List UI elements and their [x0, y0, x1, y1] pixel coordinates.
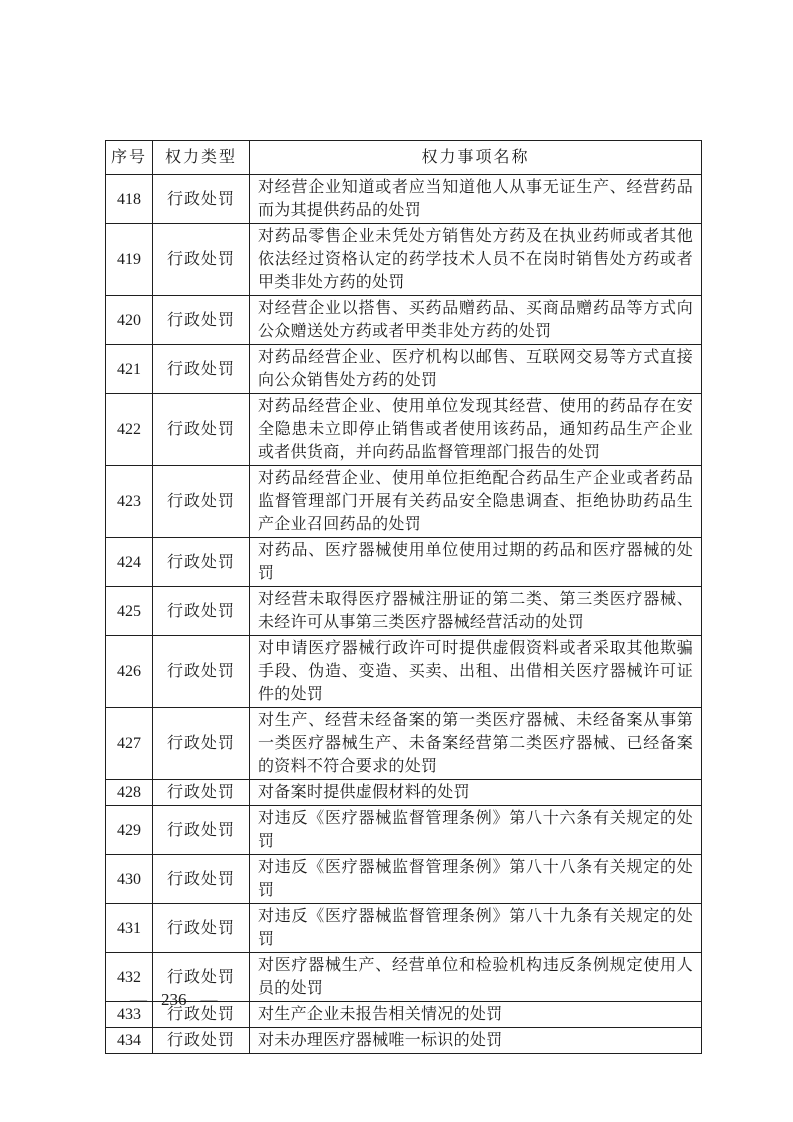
power-type-cell: 行政处罚 [153, 636, 250, 708]
power-items-table: 序号 权力类型 权力事项名称 418 行政处罚 对经营企业知道或者应当知道他人从… [105, 140, 702, 1054]
power-type-cell: 行政处罚 [153, 466, 250, 538]
power-item-name-cell: 对违反《医疗器械监督管理条例》第八十六条有关规定的处罚 [250, 806, 702, 855]
column-header-power-item-name: 权力事项名称 [250, 141, 702, 175]
serial-number-cell: 426 [106, 636, 153, 708]
power-item-name-cell: 对药品经营企业、使用单位发现其经营、使用的药品存在安全隐患未立即停止销售或者使用… [250, 394, 702, 466]
power-item-name-cell: 对经营企业知道或者应当知道他人从事无证生产、经营药品而为其提供药品的处罚 [250, 175, 702, 224]
table-row: 428 行政处罚 对备案时提供虚假材料的处罚 [106, 780, 702, 806]
column-header-power-type: 权力类型 [153, 141, 250, 175]
power-item-name-cell: 对药品、医疗器械使用单位使用过期的药品和医疗器械的处罚 [250, 538, 702, 587]
power-item-name-cell: 对备案时提供虚假材料的处罚 [250, 780, 702, 806]
power-type-cell: 行政处罚 [153, 224, 250, 296]
table-row: 430 行政处罚 对违反《医疗器械监督管理条例》第八十八条有关规定的处罚 [106, 855, 702, 904]
serial-number-cell: 424 [106, 538, 153, 587]
table-header-row: 序号 权力类型 权力事项名称 [106, 141, 702, 175]
table-row: 418 行政处罚 对经营企业知道或者应当知道他人从事无证生产、经营药品而为其提供… [106, 175, 702, 224]
serial-number-cell: 429 [106, 806, 153, 855]
table-row: 429 行政处罚 对违反《医疗器械监督管理条例》第八十六条有关规定的处罚 [106, 806, 702, 855]
serial-number-cell: 425 [106, 587, 153, 636]
table-row: 420 行政处罚 对经营企业以搭售、买药品赠药品、买商品赠药品等方式向公众赠送处… [106, 296, 702, 345]
power-item-name-cell: 对生产、经营未经备案的第一类医疗器械、未经备案从事第一类医疗器械生产、未备案经营… [250, 708, 702, 780]
serial-number-cell: 421 [106, 345, 153, 394]
table-row: 425 行政处罚 对经营未取得医疗器械注册证的第二类、第三类医疗器械、未经许可从… [106, 587, 702, 636]
power-type-cell: 行政处罚 [153, 296, 250, 345]
table-row: 431 行政处罚 对违反《医疗器械监督管理条例》第八十九条有关规定的处罚 [106, 904, 702, 953]
power-type-cell: 行政处罚 [153, 708, 250, 780]
table-row: 422 行政处罚 对药品经营企业、使用单位发现其经营、使用的药品存在安全隐患未立… [106, 394, 702, 466]
serial-number-cell: 418 [106, 175, 153, 224]
page-number-left-dash: — [128, 990, 149, 1010]
power-type-cell: 行政处罚 [153, 806, 250, 855]
power-type-cell: 行政处罚 [153, 175, 250, 224]
power-item-name-cell: 对医疗器械生产、经营单位和检验机构违反条例规定使用人员的处罚 [250, 953, 702, 1002]
serial-number-cell: 430 [106, 855, 153, 904]
serial-number-cell: 422 [106, 394, 153, 466]
power-type-cell: 行政处罚 [153, 587, 250, 636]
serial-number-cell: 420 [106, 296, 153, 345]
power-type-cell: 行政处罚 [153, 394, 250, 466]
power-type-cell: 行政处罚 [153, 904, 250, 953]
serial-number-cell: 423 [106, 466, 153, 538]
column-header-serial-number: 序号 [106, 141, 153, 175]
serial-number-cell: 434 [106, 1028, 153, 1054]
power-type-cell: 行政处罚 [153, 538, 250, 587]
page-number-right-dash: — [199, 990, 220, 1010]
power-item-name-cell: 对药品零售企业未凭处方销售处方药及在执业药师或者其他依法经过资格认定的药学技术人… [250, 224, 702, 296]
table-row: 427 行政处罚 对生产、经营未经备案的第一类医疗器械、未经备案从事第一类医疗器… [106, 708, 702, 780]
power-item-name-cell: 对药品经营企业、使用单位拒绝配合药品生产企业或者药品监督管理部门开展有关药品安全… [250, 466, 702, 538]
power-item-name-cell: 对生产企业未报告相关情况的处罚 [250, 1002, 702, 1028]
serial-number-cell: 419 [106, 224, 153, 296]
power-item-name-cell: 对未办理医疗器械唯一标识的处罚 [250, 1028, 702, 1054]
power-item-name-cell: 对违反《医疗器械监督管理条例》第八十九条有关规定的处罚 [250, 904, 702, 953]
page-number-value: 236 [149, 990, 199, 1010]
power-item-name-cell: 对申请医疗器械行政许可时提供虚假资料或者采取其他欺骗手段、伪造、变造、买卖、出租… [250, 636, 702, 708]
power-type-cell: 行政处罚 [153, 1028, 250, 1054]
document-page: 序号 权力类型 权力事项名称 418 行政处罚 对经营企业知道或者应当知道他人从… [0, 0, 793, 1122]
serial-number-cell: 427 [106, 708, 153, 780]
power-type-cell: 行政处罚 [153, 780, 250, 806]
table-row: 423 行政处罚 对药品经营企业、使用单位拒绝配合药品生产企业或者药品监督管理部… [106, 466, 702, 538]
table-row: 424 行政处罚 对药品、医疗器械使用单位使用过期的药品和医疗器械的处罚 [106, 538, 702, 587]
power-item-name-cell: 对经营企业以搭售、买药品赠药品、买商品赠药品等方式向公众赠送处方药或者甲类非处方… [250, 296, 702, 345]
power-item-name-cell: 对经营未取得医疗器械注册证的第二类、第三类医疗器械、未经许可从事第三类医疗器械经… [250, 587, 702, 636]
table-row: 426 行政处罚 对申请医疗器械行政许可时提供虚假资料或者采取其他欺骗手段、伪造… [106, 636, 702, 708]
table-row: 419 行政处罚 对药品零售企业未凭处方销售处方药及在执业药师或者其他依法经过资… [106, 224, 702, 296]
power-item-name-cell: 对违反《医疗器械监督管理条例》第八十八条有关规定的处罚 [250, 855, 702, 904]
table-row: 434 行政处罚 对未办理医疗器械唯一标识的处罚 [106, 1028, 702, 1054]
power-type-cell: 行政处罚 [153, 345, 250, 394]
table-row: 421 行政处罚 对药品经营企业、医疗机构以邮售、互联网交易等方式直接向公众销售… [106, 345, 702, 394]
page-number: —236— [128, 990, 220, 1010]
table-body: 418 行政处罚 对经营企业知道或者应当知道他人从事无证生产、经营药品而为其提供… [106, 175, 702, 1054]
serial-number-cell: 428 [106, 780, 153, 806]
power-type-cell: 行政处罚 [153, 855, 250, 904]
serial-number-cell: 431 [106, 904, 153, 953]
power-item-name-cell: 对药品经营企业、医疗机构以邮售、互联网交易等方式直接向公众销售处方药的处罚 [250, 345, 702, 394]
